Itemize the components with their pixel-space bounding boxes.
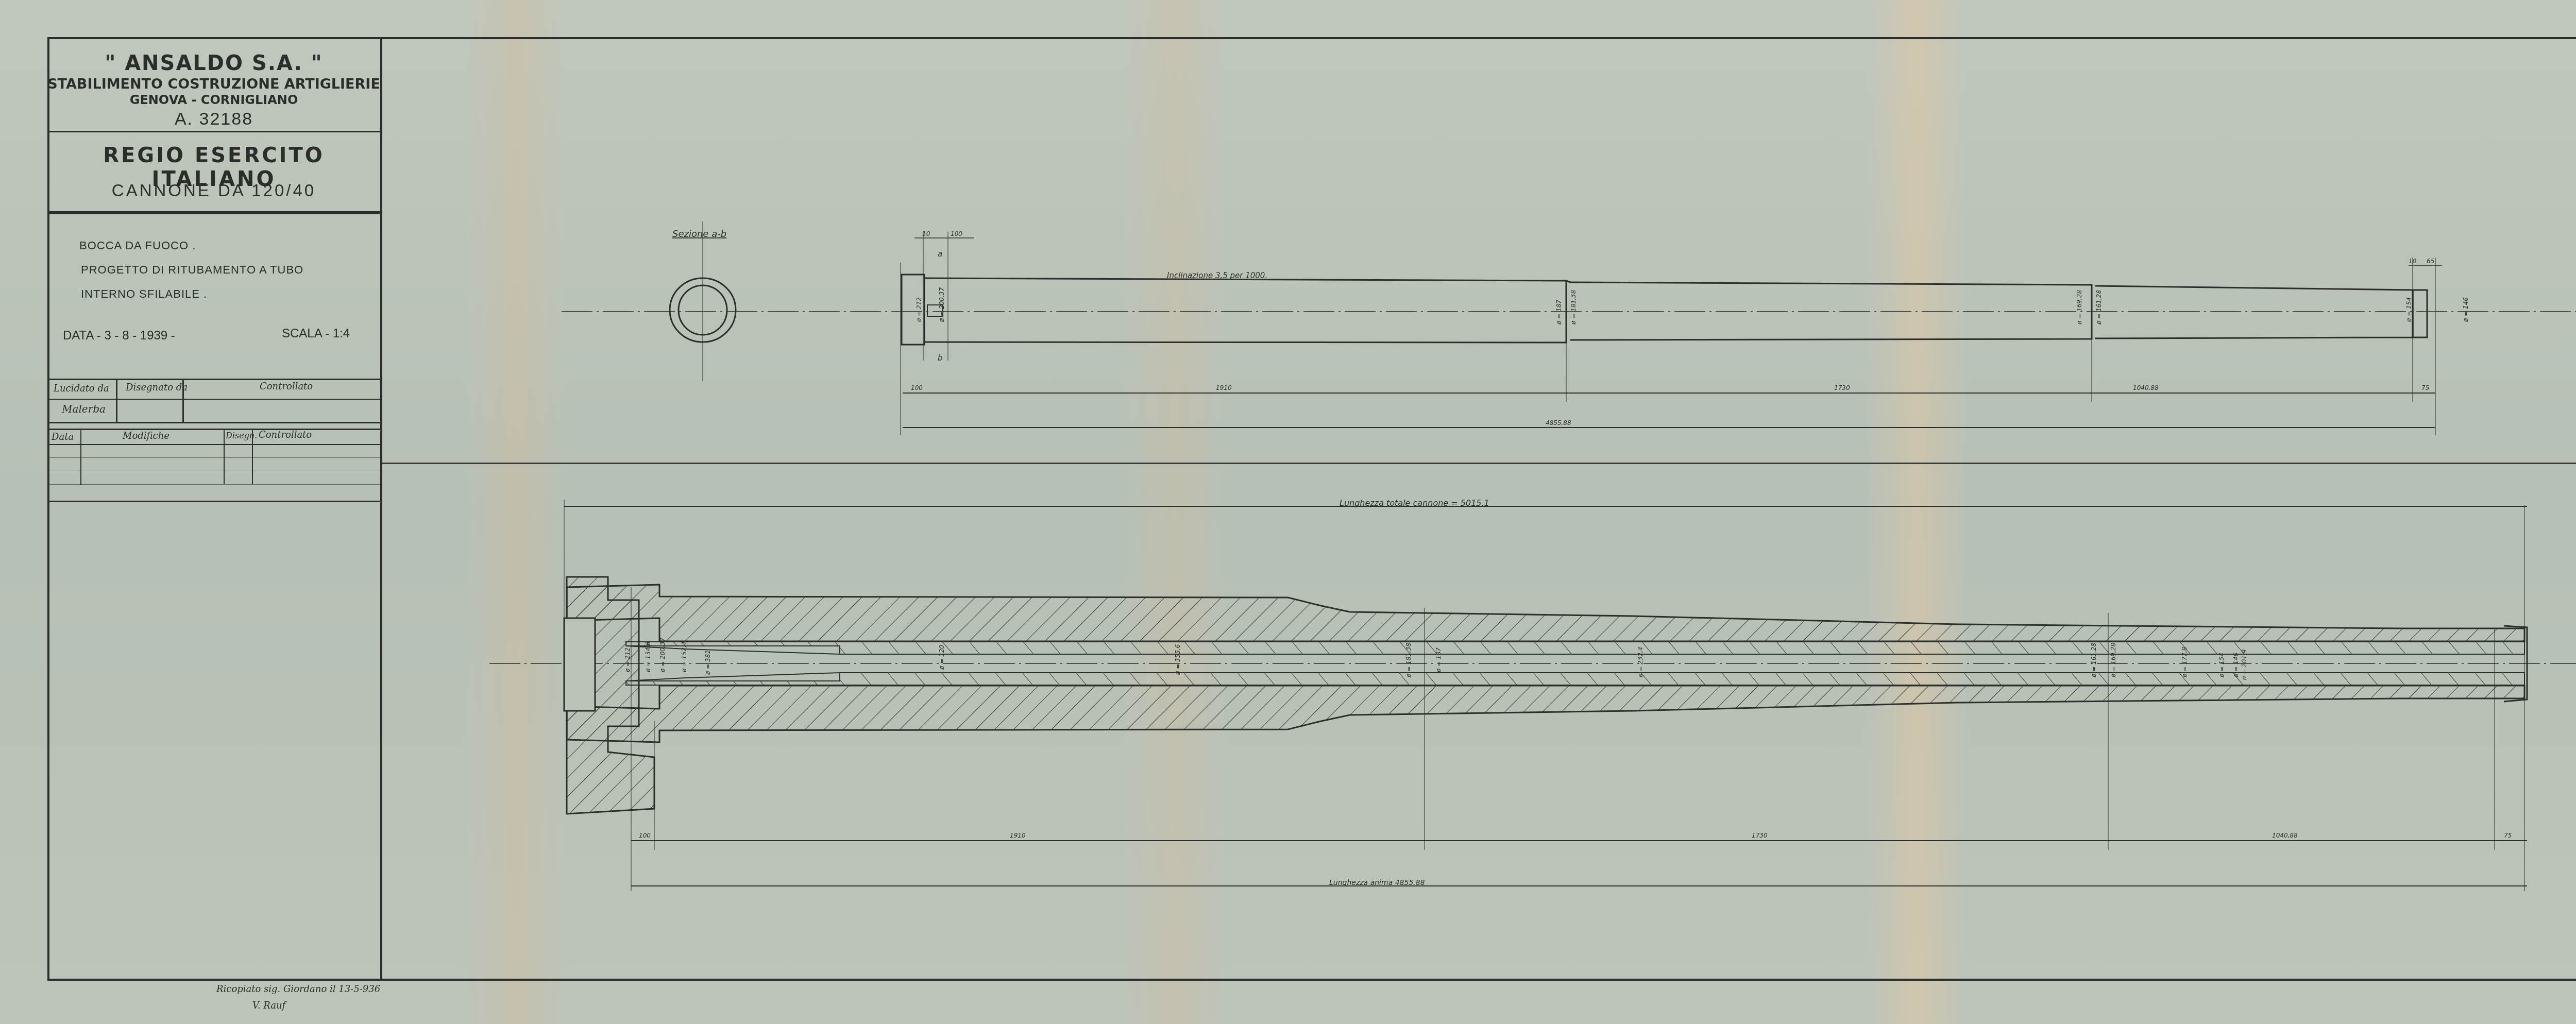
svg-text:1910: 1910 <box>1010 832 1026 839</box>
svg-text:ø = 212: ø = 212 <box>916 297 923 322</box>
svg-text:ø = 187: ø = 187 <box>1555 300 1563 325</box>
svg-text:ø = 381: ø = 381 <box>704 650 711 675</box>
svg-text:100: 100 <box>911 384 923 391</box>
lower-cannon-view <box>489 500 2576 891</box>
svg-text:ø = 169,28: ø = 169,28 <box>2110 643 2117 678</box>
svg-text:ø = 200,37: ø = 200,37 <box>659 638 666 673</box>
svg-text:1910: 1910 <box>1216 384 1232 391</box>
svg-text:4855,88: 4855,88 <box>1546 419 1571 426</box>
svg-text:1730: 1730 <box>1834 384 1850 391</box>
svg-text:Inclinazione 3,5 per 1000.: Inclinazione 3,5 per 1000. <box>1167 271 1267 280</box>
svg-text:ø = 200,37: ø = 200,37 <box>938 287 945 322</box>
svg-text:ø = 161,28: ø = 161,28 <box>2090 643 2097 678</box>
svg-text:ø = 177,8: ø = 177,8 <box>2181 646 2188 678</box>
svg-text:ø = 146: ø = 146 <box>2232 653 2240 678</box>
svg-text:10: 10 <box>922 230 930 237</box>
svg-text:b: b <box>938 353 943 363</box>
svg-text:ø = 146: ø = 146 <box>2462 297 2469 322</box>
svg-text:Sezione a-b: Sezione a-b <box>672 229 726 240</box>
technical-drawing: Sezione a-b a b Inclinazione 3,5 per 100… <box>0 0 2576 1024</box>
svg-text:ø = 187: ø = 187 <box>1435 647 1442 673</box>
svg-text:ø = 134,6: ø = 134,6 <box>645 641 652 673</box>
svg-text:ø = 181,38: ø = 181,38 <box>1570 290 1577 325</box>
svg-text:ø = 154: ø = 154 <box>2405 297 2413 322</box>
svg-text:65: 65 <box>2427 258 2434 265</box>
svg-text:75: 75 <box>2421 384 2429 391</box>
svg-text:100: 100 <box>951 230 962 237</box>
svg-text:ø = 355,6: ø = 355,6 <box>1174 644 1181 675</box>
svg-text:a: a <box>938 249 942 259</box>
svg-text:Lunghezza totale cannone = 501: Lunghezza totale cannone = 5015,1 <box>1340 498 1489 508</box>
upper-liner-view <box>562 221 2576 435</box>
svg-text:1040,88: 1040,88 <box>2272 832 2298 839</box>
svg-text:75: 75 <box>2504 832 2512 839</box>
svg-text:100: 100 <box>639 832 651 839</box>
svg-text:10: 10 <box>2409 258 2417 265</box>
svg-text:ø = 154: ø = 154 <box>2218 653 2225 678</box>
svg-text:ø = 212: ø = 212 <box>624 647 631 673</box>
svg-text:ø = 120: ø = 120 <box>938 645 945 670</box>
svg-text:ø = 169,28: ø = 169,28 <box>2076 290 2083 325</box>
svg-text:ø = 201,9: ø = 201,9 <box>2241 650 2248 680</box>
svg-text:1730: 1730 <box>1752 832 1768 839</box>
svg-text:Lunghezza anima 4855,88: Lunghezza anima 4855,88 <box>1329 879 1425 887</box>
svg-text:ø = 181,38: ø = 181,38 <box>1405 643 1412 678</box>
upper-annotations: Sezione a-b a b Inclinazione 3,5 per 100… <box>672 229 2469 426</box>
svg-text:ø = 232,4: ø = 232,4 <box>1637 647 1644 678</box>
svg-text:ø = 161,28: ø = 161,28 <box>2095 290 2103 325</box>
svg-text:ø = 152,4: ø = 152,4 <box>681 642 688 673</box>
svg-text:1040,88: 1040,88 <box>2133 384 2159 391</box>
